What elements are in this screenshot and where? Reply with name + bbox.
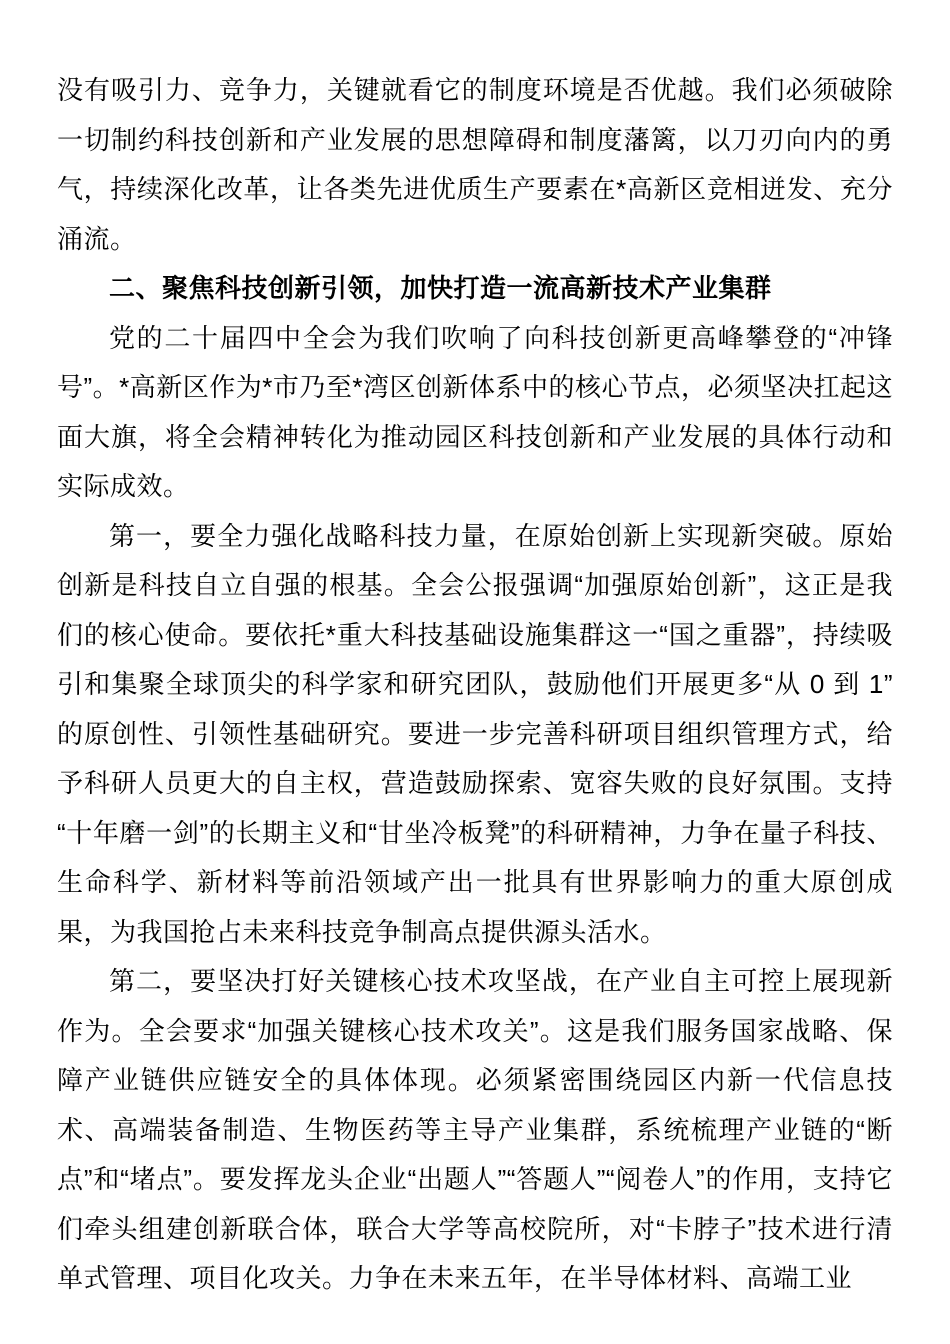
body-paragraph: 党的二十届四中全会为我们吹响了向科技创新更高峰攀登的“冲锋号”。*高新区作为*市…	[57, 314, 893, 512]
section-heading: 二、聚焦科技创新引领，加快打造一流高新技术产业集群	[57, 264, 893, 314]
body-paragraph: 第一，要全力强化战略科技力量，在原始创新上实现新突破。原始创新是科技自立自强的根…	[57, 512, 893, 958]
body-paragraph-continuation: 没有吸引力、竞争力，关键就看它的制度环境是否优越。我们必须破除一切制约科技创新和…	[57, 66, 893, 264]
document-page: 没有吸引力、竞争力，关键就看它的制度环境是否优越。我们必须破除一切制约科技创新和…	[0, 0, 950, 1344]
body-paragraph-clipped: 第二，要坚决打好关键核心技术攻坚战，在产业自主可控上展现新作为。全会要求“加强关…	[57, 957, 893, 1304]
